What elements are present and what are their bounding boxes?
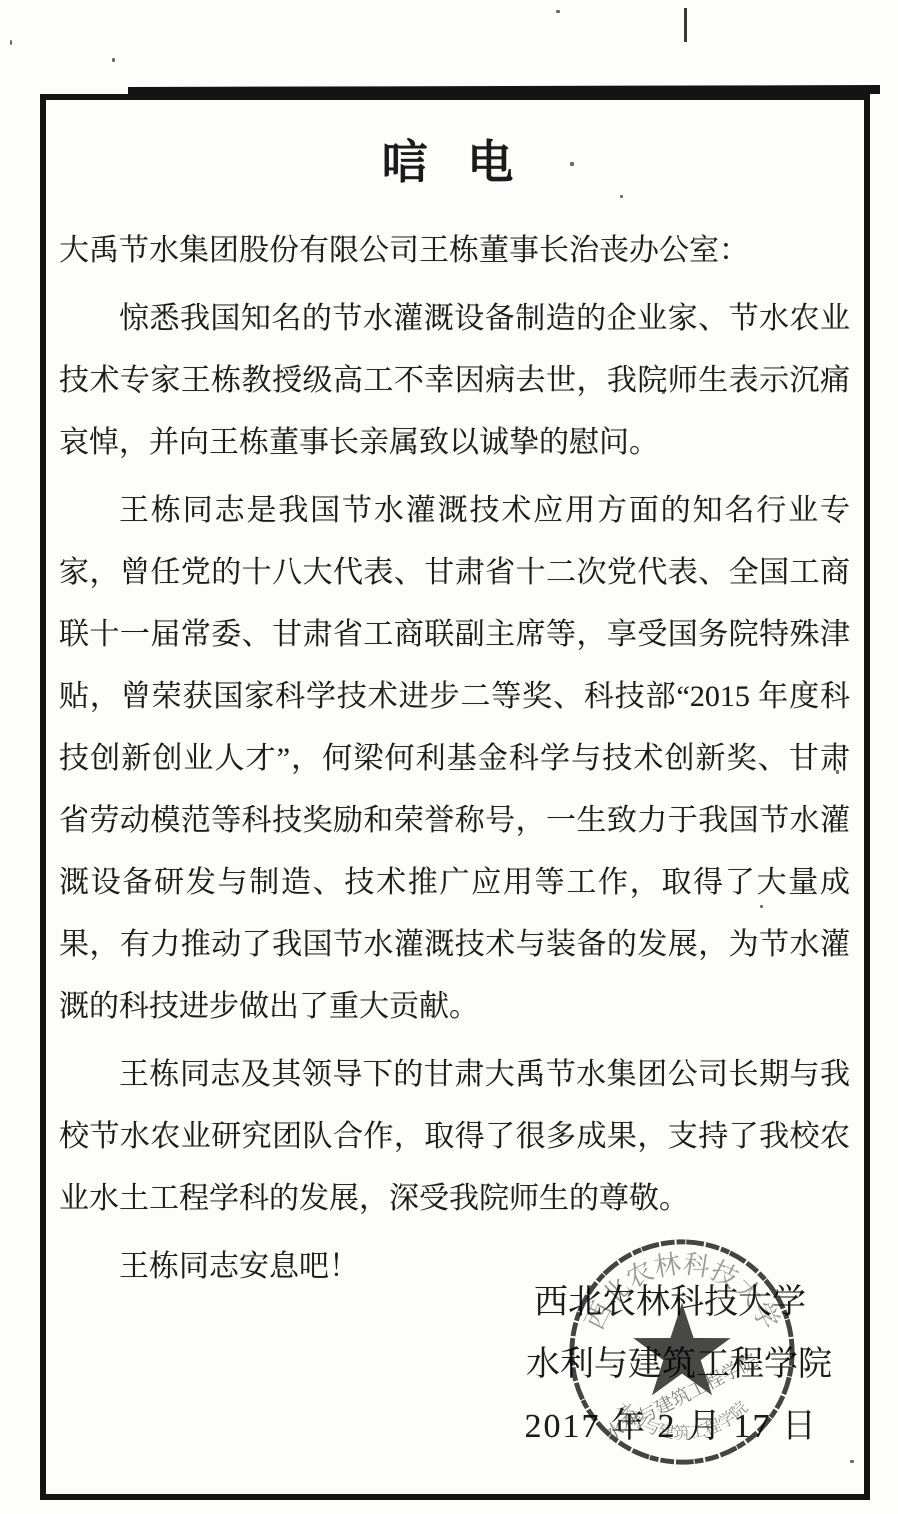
scanned-condolence-letter: 唁 电 大禹节水集团股份有限公司王栋董事长治丧办公室： 惊悉我国知名的节水灌溉设… xyxy=(0,0,898,1514)
paragraph-2: 王栋同志是我国节水灌溉技术应用方面的知名行业专家，曾任党的十八大代表、甘肃省十二… xyxy=(59,480,850,1038)
scan-speck xyxy=(10,40,12,45)
scan-speck xyxy=(112,58,115,62)
page-title: 唁 电 xyxy=(59,134,850,192)
paragraph-3: 王栋同志及其领导下的甘肃大禹节水集团公司长期与我校节水农业研究团队合作，取得了很… xyxy=(59,1044,850,1230)
scan-speck xyxy=(556,10,560,13)
official-seal: 西北农林科技大学 水利与建筑工程学院 水利与建筑工程学院 xyxy=(564,1234,800,1470)
scan-artifact-line xyxy=(684,8,687,42)
salutation: 大禹节水集团股份有限公司王栋董事长治丧办公室： xyxy=(59,220,850,282)
paragraph-1: 惊悉我国知名的节水灌溉设备制造的企业家、节水农业技术专家王栋教授级高工不幸因病去… xyxy=(59,288,850,474)
